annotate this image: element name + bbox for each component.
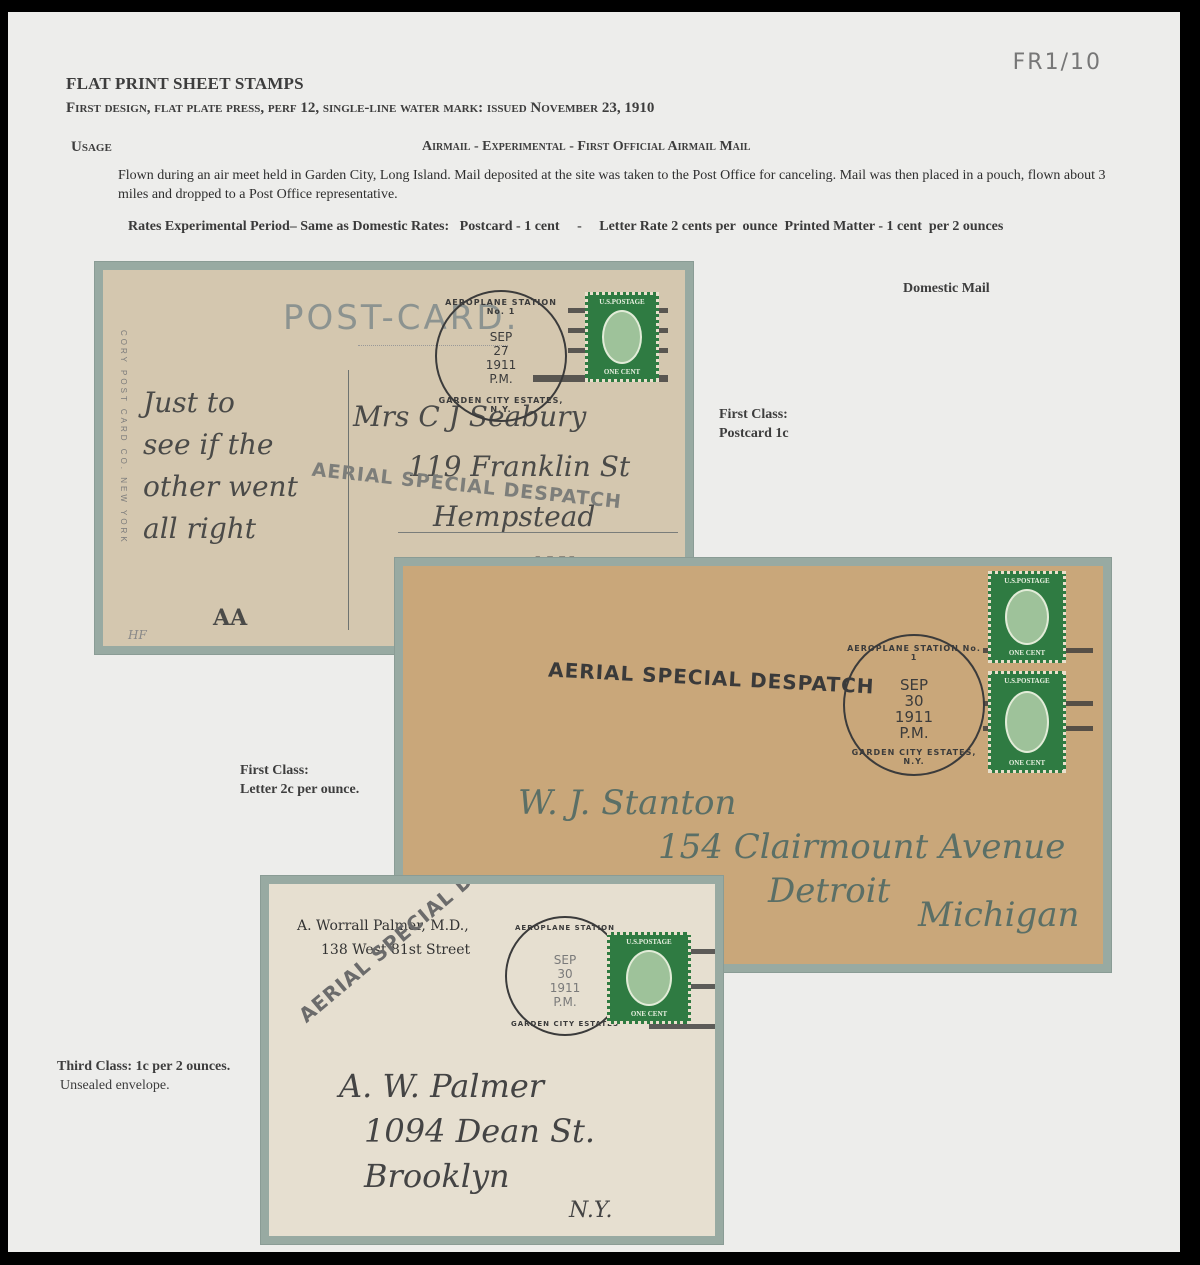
rates-line: Rates Experimental Period– Same as Domes…	[128, 219, 1003, 235]
section-label: Domestic Mail	[903, 279, 990, 298]
initials-mark: AA	[213, 605, 247, 631]
usage-description: Flown during an air meet held in Garden …	[118, 166, 1118, 204]
third-class-cover: A. Worrall Palmer, M.D., 138 West 81st S…	[269, 884, 715, 1236]
killer-bar	[649, 1024, 715, 1029]
stamp-franklin-1c: U.S.POSTAGE ONE CENT	[607, 932, 691, 1024]
page-subtitle: First design, flat plate press, perf 12,…	[66, 100, 654, 117]
aerial-despatch-handstamp: AERIAL SPECIAL DESPATCH	[548, 657, 875, 698]
label-postcard: First Class: Postcard 1c	[719, 405, 789, 443]
publisher-imprint: CORY POST CARD CO. NEW YORK	[119, 330, 128, 545]
label-letter: First Class: Letter 2c per ounce.	[240, 761, 359, 799]
postcard-divider	[348, 370, 349, 630]
stamp-franklin-1c: U.S.POSTAGE ONE CENT	[988, 571, 1066, 663]
postcard-message: Just to see if the other went all right	[143, 382, 298, 550]
usage-label: Usage	[71, 139, 112, 156]
label-third-class: Third Class: 1c per 2 ounces. Unsealed e…	[57, 1057, 230, 1095]
postmark: AEROPLANE STATION No. 1 SEP 30 1911 P.M.…	[843, 634, 985, 776]
stamp-franklin-1c: U.S.POSTAGE ONE CENT	[988, 671, 1066, 773]
postmark: AEROPLANE STATION No. 1 SEP 27 1911 P.M.…	[435, 290, 567, 422]
pencil-note: HF	[128, 628, 147, 642]
usage-title: Airmail - Experimental - First Official …	[422, 139, 750, 155]
third-class-address: A. W. Palmer 1094 Dean St. Brooklyn N.Y.	[339, 1064, 613, 1223]
third-class-cover-mount: A. Worrall Palmer, M.D., 138 West 81st S…	[261, 876, 723, 1244]
page-title: FLAT PRINT SHEET STAMPS	[66, 74, 304, 94]
album-page: FLAT PRINT SHEET STAMPS First design, fl…	[8, 12, 1180, 1252]
page-mark: FR1/10	[1013, 50, 1102, 75]
stamp-franklin-1c: U.S.POSTAGE ONE CENT	[585, 292, 659, 382]
